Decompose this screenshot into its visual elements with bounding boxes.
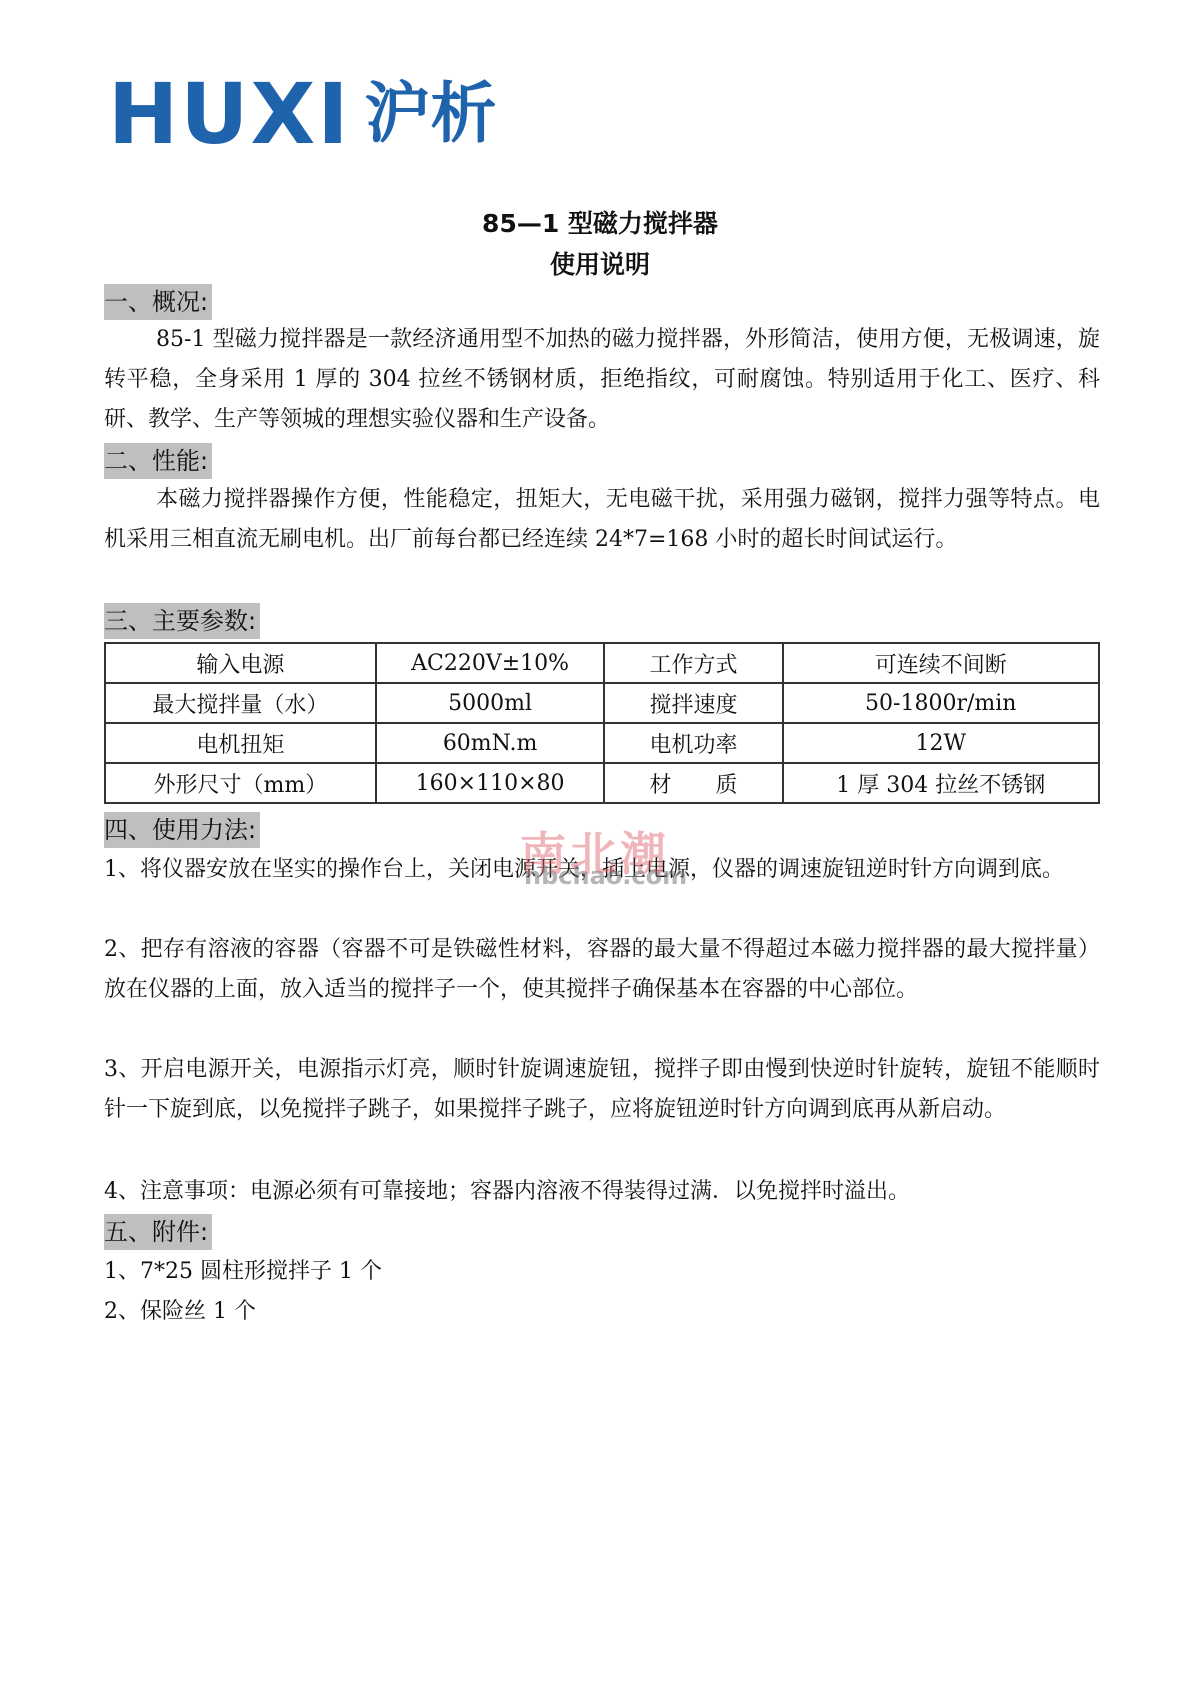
- table-cell: 工作方式: [604, 643, 782, 683]
- table-cell: 电机功率: [604, 723, 782, 763]
- table-cell: 50-1800r/min: [783, 683, 1099, 723]
- table-row: 最大搅拌量（水） 5000ml 搅拌速度 50-1800r/min: [105, 683, 1099, 723]
- performance-paragraph: 本磁力搅拌器操作方便，性能稳定，扭矩大，无电磁干扰，采用强力磁钢，搅拌力强等特点…: [104, 480, 1100, 560]
- accessory-item-2: 2、保险丝 1 个: [104, 1292, 1100, 1332]
- document-title: 85—1 型磁力搅拌器: [0, 204, 1200, 240]
- table-cell: 5000ml: [376, 683, 605, 723]
- table-row: 输入电源 AC220V±10% 工作方式 可连续不间断: [105, 643, 1099, 683]
- table-cell: 可连续不间断: [783, 643, 1099, 683]
- table-cell: 输入电源: [105, 643, 376, 683]
- parameters-table: 输入电源 AC220V±10% 工作方式 可连续不间断 最大搅拌量（水） 500…: [104, 642, 1100, 804]
- table-cell: 1 厚 304 拉丝不锈钢: [783, 763, 1099, 803]
- table-cell: 材 质: [604, 763, 782, 803]
- table-row: 外形尺寸（mm） 160×110×80 材 质 1 厚 304 拉丝不锈钢: [105, 763, 1099, 803]
- logo-latin-text: HUXI: [108, 80, 351, 148]
- table-cell: 160×110×80: [376, 763, 605, 803]
- usage-step-4: 4、注意事项：电源必须有可靠接地；容器内溶液不得装得过满．以免搅拌时溢出。: [104, 1172, 1100, 1212]
- table-row: 电机扭矩 60mN.m 电机功率 12W: [105, 723, 1099, 763]
- section-heading-overview: 一、概况:: [104, 284, 212, 320]
- accessory-item-1: 1、7*25 圆柱形搅拌子 1 个: [104, 1252, 1100, 1292]
- usage-step-3: 3、开启电源开关，电源指示灯亮，顺时针旋调速旋钮，搅拌子即由慢到快逆时针旋转，旋…: [104, 1050, 1100, 1130]
- table-cell: 搅拌速度: [604, 683, 782, 723]
- section-heading-usage: 四、使用力法:: [104, 812, 260, 848]
- document-subtitle: 使用说明: [0, 245, 1200, 281]
- table-cell: 外形尺寸（mm）: [105, 763, 376, 803]
- usage-step-1: 1、将仪器安放在坚实的操作台上，关闭电源开关，插上电源，仪器的调速旋钮逆时针方向…: [104, 850, 1100, 890]
- logo-chinese-text: 沪析: [365, 80, 497, 148]
- overview-paragraph: 85-1 型磁力搅拌器是一款经济通用型不加热的磁力搅拌器，外形简洁，使用方便，无…: [104, 320, 1100, 440]
- usage-step-2: 2、把存有溶液的容器（容器不可是铁磁性材料，容器的最大量不得超过本磁力搅拌器的最…: [104, 930, 1100, 1010]
- table-cell: 12W: [783, 723, 1099, 763]
- section-heading-performance: 二、性能:: [104, 443, 212, 479]
- brand-logo: HUXI 沪析: [108, 80, 497, 148]
- section-heading-accessories: 五、附件:: [104, 1214, 212, 1250]
- table-cell: 60mN.m: [376, 723, 605, 763]
- table-cell: AC220V±10%: [376, 643, 605, 683]
- table-cell: 电机扭矩: [105, 723, 376, 763]
- table-cell: 最大搅拌量（水）: [105, 683, 376, 723]
- section-heading-parameters: 三、主要参数:: [104, 603, 260, 639]
